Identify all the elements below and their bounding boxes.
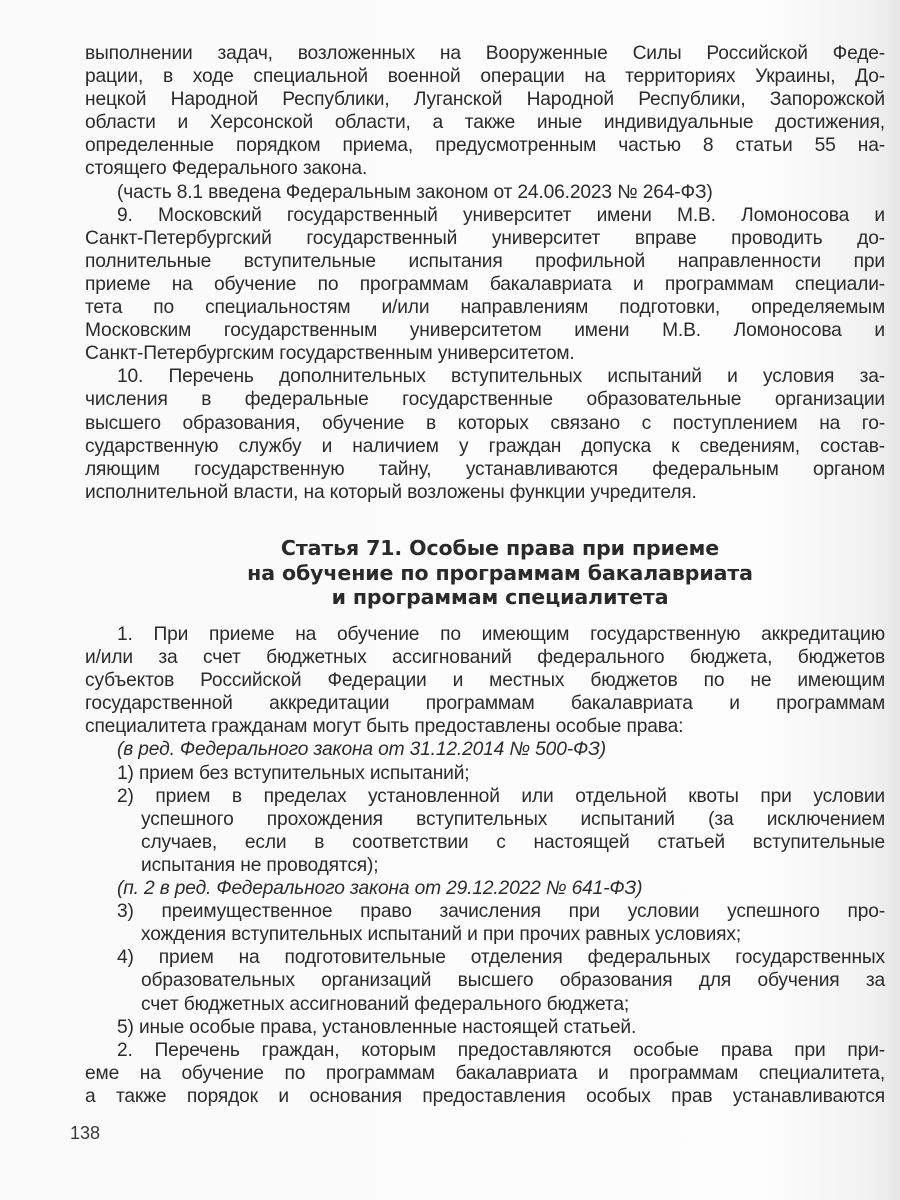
heading-line-3: и программам специалитета xyxy=(180,585,820,610)
text-line: тета по специальностям и/или направления… xyxy=(85,296,885,319)
text-line: числения в федеральные государственные о… xyxy=(85,388,885,411)
text-line: (п. 2 в ред. Федерального закона от 29.1… xyxy=(85,877,885,900)
text-line: 3) преимущественное право зачисления при… xyxy=(85,900,885,923)
text-line: хождения вступительных испытаний и при п… xyxy=(85,923,885,946)
text-line: выполнении задач, возложенных на Вооруже… xyxy=(85,42,885,65)
text-line: 9. Московский государственный университе… xyxy=(85,204,885,227)
text-line: и/или за счет бюджетных ассигнований фед… xyxy=(85,646,885,669)
text-line: 10. Перечень дополнительных вступительны… xyxy=(85,365,885,388)
text-line: образовательных организаций высшего обра… xyxy=(85,969,885,992)
text-line: Санкт-Петербургский государственный унив… xyxy=(85,227,885,250)
text-line: 2) прием в пределах установленной или от… xyxy=(85,785,885,808)
text-line: исполнительной власти, на который возлож… xyxy=(85,481,885,504)
text-line: Московским государственным университетом… xyxy=(85,319,885,342)
text-line: полнительные вступительные испытания про… xyxy=(85,250,885,273)
text-line: счет бюджетных ассигнований федерального… xyxy=(85,993,885,1016)
text-line: стоящего Федерального закона. xyxy=(85,157,885,180)
text-line: успешного прохождения вступительных испы… xyxy=(85,808,885,831)
top-text-block: выполнении задач, возложенных на Вооруже… xyxy=(85,42,885,504)
text-line: специалитета гражданам могут быть предос… xyxy=(85,715,885,738)
text-line: (в ред. Федерального закона от 31.12.201… xyxy=(85,738,885,761)
article-body-block: 1. При приеме на обучение по имеющим гос… xyxy=(85,623,885,1108)
article-heading: Статья 71. Особые права при приеме на об… xyxy=(180,536,820,610)
text-line: определенные порядком приема, предусмотр… xyxy=(85,134,885,157)
text-line: (часть 8.1 введена Федеральным законом о… xyxy=(85,181,885,204)
text-line: области и Херсонской области, а также ин… xyxy=(85,111,885,134)
text-line: 2. Перечень граждан, которым предоставля… xyxy=(85,1039,885,1062)
text-line: Санкт-Петербургским государственным унив… xyxy=(85,342,885,365)
text-line: еме на обучение по программам бакалавриа… xyxy=(85,1062,885,1085)
heading-line-2: на обучение по программам бакалавриата xyxy=(180,561,820,586)
text-line: 1) прием без вступительных испытаний; xyxy=(85,762,885,785)
text-line: сударственную службу и наличием у гражда… xyxy=(85,435,885,458)
text-line: 5) иные особые права, установленные наст… xyxy=(85,1016,885,1039)
text-line: нецкой Народной Республики, Луганской На… xyxy=(85,88,885,111)
page-number: 138 xyxy=(70,1123,100,1144)
text-line: 1. При приеме на обучение по имеющим гос… xyxy=(85,623,885,646)
text-line: рации, в ходе специальной военной операц… xyxy=(85,65,885,88)
book-page: выполнении задач, возложенных на Вооруже… xyxy=(0,0,900,1200)
text-line: 4) прием на подготовительные отделения ф… xyxy=(85,946,885,969)
text-line: случаев, если в соответствии с настоящей… xyxy=(85,831,885,854)
text-line: высшего образования, обучение в которых … xyxy=(85,412,885,435)
text-line: испытания не проводятся); xyxy=(85,854,885,877)
text-line: субъектов Российской Федерации и местных… xyxy=(85,669,885,692)
text-line: а также порядок и основания предоставлен… xyxy=(85,1085,885,1108)
text-line: государственной аккредитации программам … xyxy=(85,692,885,715)
text-line: приеме на обучение по программам бакалав… xyxy=(85,273,885,296)
text-line: ляющим государственную тайну, устанавлив… xyxy=(85,458,885,481)
heading-line-1: Статья 71. Особые права при приеме xyxy=(180,536,820,561)
